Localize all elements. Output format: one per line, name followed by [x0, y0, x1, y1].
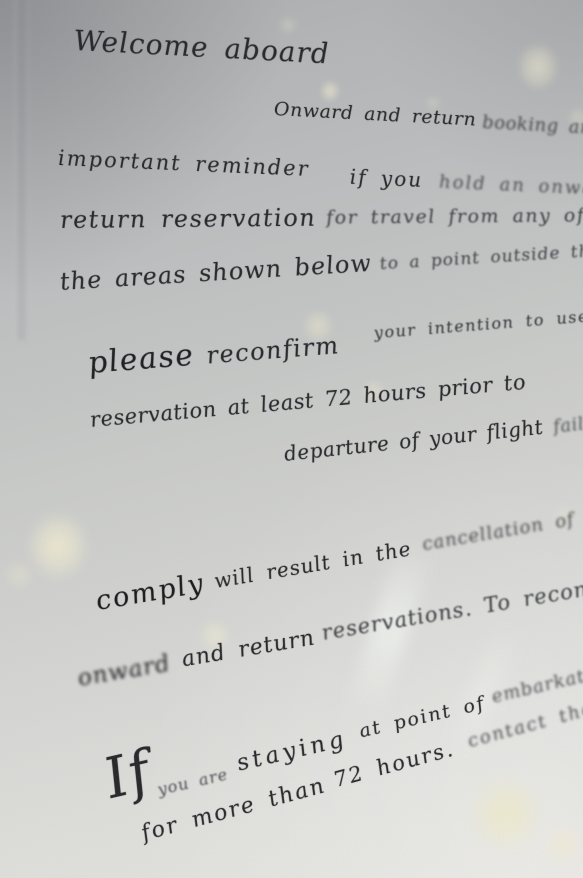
text-segment: hold an onward or [439, 172, 583, 202]
text-segment: you are [155, 765, 230, 799]
fabric-dot [4, 560, 34, 590]
handwritten-line-return-reservation: return reservationfor travel from any of [59, 201, 583, 234]
handwritten-line-areas-shown: the areas shown belowto a point outside … [58, 231, 583, 296]
text-segment: return reservation [59, 204, 317, 234]
handwritten-line-reminder: important reminderif youhold an onward o… [58, 146, 583, 196]
fabric-dot [540, 822, 583, 868]
fabric-dot [26, 511, 90, 581]
text-segment: to a point outside that area [379, 237, 583, 274]
handwritten-line-please-reconfirm: pleasereconfirmyour intention to use suc… [85, 302, 583, 381]
fabric-dot [320, 80, 340, 102]
text-segment: your intention to use such [372, 302, 583, 342]
fabric-photo: Welcome aboard Onward and returnbooking … [0, 0, 583, 878]
fabric-crease [14, 0, 30, 340]
text-segment: failure to [551, 407, 583, 437]
text-segment: please [85, 338, 196, 381]
text-segment: if you [349, 165, 423, 192]
text-segment: cancellation of your [420, 500, 583, 555]
text-segment: the areas shown below [58, 249, 373, 296]
text-segment: embarkation. [489, 657, 583, 707]
text-segment: departure of your flight [282, 415, 545, 466]
text-segment: comply [92, 568, 208, 616]
text-segment: reservations. To reconfirm [319, 569, 583, 645]
handwritten-line-departure: departure of your flightfailure to [282, 404, 583, 466]
text-segment: reconfirm [204, 331, 341, 369]
text-segment: booking an [482, 112, 583, 139]
fabric-dot [279, 16, 297, 34]
text-segment: onward [75, 651, 174, 692]
text-segment: will result in the [212, 537, 414, 593]
text-segment: If [96, 739, 159, 811]
fabric-dot [516, 42, 560, 92]
text-segment: for travel from any of [325, 204, 583, 228]
text-segment: Onward and return [274, 98, 477, 131]
text-segment: important reminder [58, 146, 310, 181]
fabric-dot [467, 772, 545, 856]
